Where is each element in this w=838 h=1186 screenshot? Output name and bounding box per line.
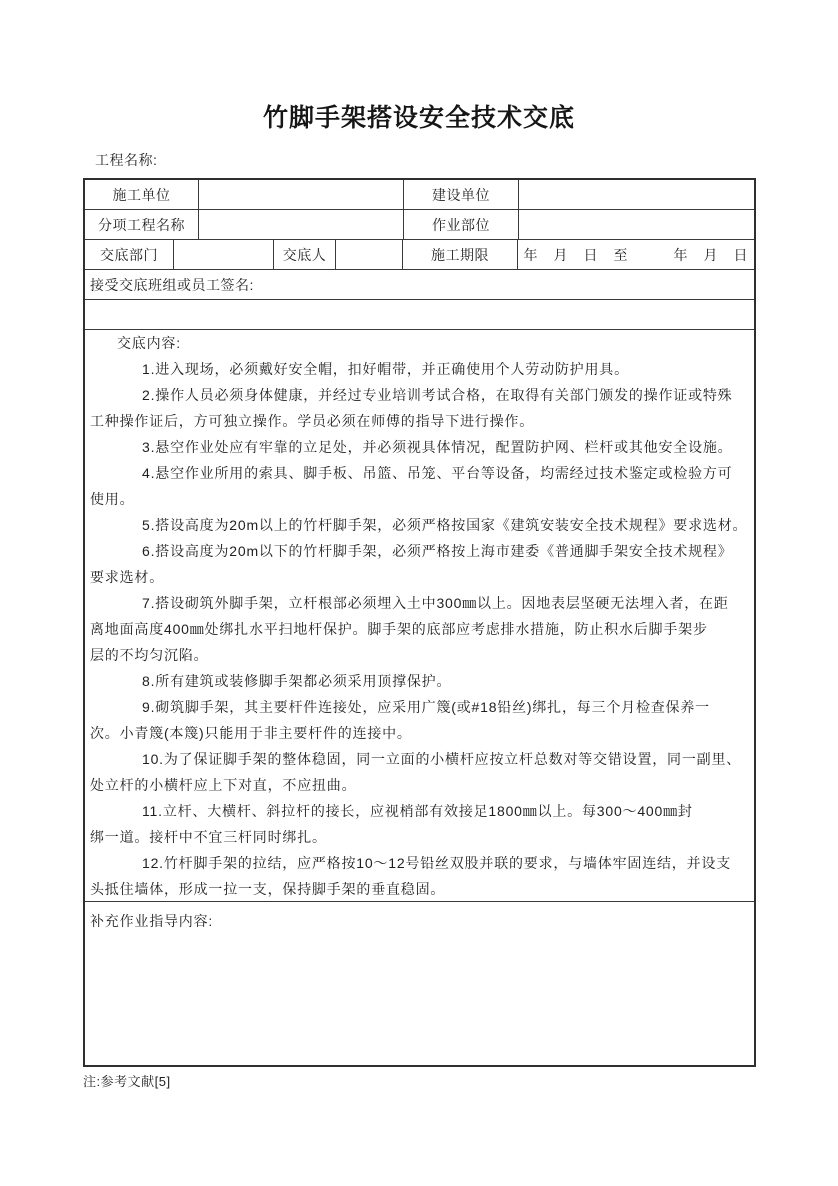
content-line: 交底内容: xyxy=(90,330,748,356)
signature-blank-row xyxy=(85,300,754,330)
building-unit-label: 建设单位 xyxy=(404,180,519,209)
content-line: 头抵住墙体，形成一拉一支，保持脚手架的垂直稳固。 xyxy=(90,876,748,902)
content-line: 10.为了保证脚手架的整体稳固，同一立面的小横杆应按立杆总数对等交错设置，同一副… xyxy=(90,746,748,772)
content-line: 11.立杆、大横杆、斜拉杆的接长，应视梢部有效接足1800㎜以上。每300～40… xyxy=(90,798,748,824)
document-page: 竹脚手架搭设安全技术交底 工程名称: 施工单位 建设单位 分项工程名称 作业部位… xyxy=(0,0,838,1186)
content-line: 8.所有建筑或装修脚手架都必须采用顶撑保护。 xyxy=(90,668,748,694)
content-line: 工种操作证后，方可独立操作。学员必须在师傅的指导下进行操作。 xyxy=(90,408,748,434)
content-line: 2.操作人员必须身体健康，并经过专业培训考试合格，在取得有关部门颁发的操作证或特… xyxy=(90,382,748,408)
content-line: 4.悬空作业所用的索具、脚手板、吊篮、吊笼、平台等设备，均需经过技术鉴定或检验方… xyxy=(90,460,748,486)
supplement-label: 补充作业指导内容: xyxy=(90,913,213,929)
supplement-cell: 补充作业指导内容: xyxy=(85,902,754,1065)
disclosure-department-label: 交底部门 xyxy=(85,240,174,269)
table-row: 交底部门 交底人 施工期限 年 月 日 至 年 月 日 xyxy=(85,240,754,270)
content-line: 离地面高度400㎜处绑扎水平扫地杆保护。脚手架的底部应考虑排水措施，防止积水后脚… xyxy=(90,616,748,642)
content-line: 1.进入现场，必须戴好安全帽，扣好帽带，并正确使用个人劳动防护用具。 xyxy=(90,356,748,382)
table-row: 接受交底班组或员工签名: xyxy=(85,270,754,300)
project-name-label: 工程名称: xyxy=(95,150,157,170)
content-line: 使用。 xyxy=(90,486,748,512)
content-line: 12.竹杆脚手架的拉结，应严格按10～12号铅丝双股并联的要求，与墙体牢固连结，… xyxy=(90,850,748,876)
construction-unit-value-cell xyxy=(199,180,404,209)
discloser-label: 交底人 xyxy=(274,240,336,269)
content-line: 层的不均匀沉陷。 xyxy=(90,642,748,668)
disclosure-content-cell: 交底内容:1.进入现场，必须戴好安全帽，扣好帽带，并正确使用个人劳动防护用具。2… xyxy=(85,330,754,902)
footer-note: 注:参考文献[5] xyxy=(83,1071,171,1090)
sub-project-name-value-cell xyxy=(199,210,404,239)
signature-row-label: 接受交底班组或员工签名: xyxy=(85,270,754,299)
signature-blank-cell xyxy=(85,300,754,329)
content-line: 次。小青篾(本篾)只能用于非主要杆件的连接中。 xyxy=(90,720,748,746)
building-unit-value-cell xyxy=(519,180,754,209)
page-title: 竹脚手架搭设安全技术交底 xyxy=(0,98,838,134)
sub-project-name-label: 分项工程名称 xyxy=(85,210,199,239)
work-location-label: 作业部位 xyxy=(404,210,519,239)
content-line: 5.搭设高度为20m以上的竹杆脚手架，必须严格按国家《建筑安装安全技术规程》要求… xyxy=(90,512,748,538)
content-line: 绑一道。接杆中不宜三杆同时绑扎。 xyxy=(90,824,748,850)
content-line: 6.搭设高度为20m以下的竹杆脚手架，必须严格按上海市建委《普通脚手架安全技术规… xyxy=(90,538,748,564)
content-line: 3.悬空作业处应有牢靠的立足处，并必须视具体情况，配置防护网、栏杆或其他安全设施… xyxy=(90,434,748,460)
disclosure-department-value-cell xyxy=(174,240,274,269)
discloser-value-cell xyxy=(336,240,403,269)
construction-period-label: 施工期限 xyxy=(403,240,518,269)
table-row: 分项工程名称 作业部位 xyxy=(85,210,754,240)
table-row: 施工单位 建设单位 xyxy=(85,180,754,210)
content-line: 要求选材。 xyxy=(90,564,748,590)
disclosure-form-table: 施工单位 建设单位 分项工程名称 作业部位 交底部门 交底人 施工期限 年 月 … xyxy=(83,178,756,1067)
construction-unit-label: 施工单位 xyxy=(85,180,199,209)
content-line: 7.搭设砌筑外脚手架，立杆根部必须埋入土中300㎜以上。因地表层坚硬无法埋入者，… xyxy=(90,590,748,616)
content-line: 处立杆的小横杆应上下对直，不应扭曲。 xyxy=(90,772,748,798)
work-location-value-cell xyxy=(519,210,754,239)
construction-period-date-cell: 年 月 日 至 年 月 日 xyxy=(518,240,754,269)
content-line: 9.砌筑脚手架，其主要杆件连接处，应采用广篾(或#18铅丝)绑扎，每三个月检查保… xyxy=(90,694,748,720)
